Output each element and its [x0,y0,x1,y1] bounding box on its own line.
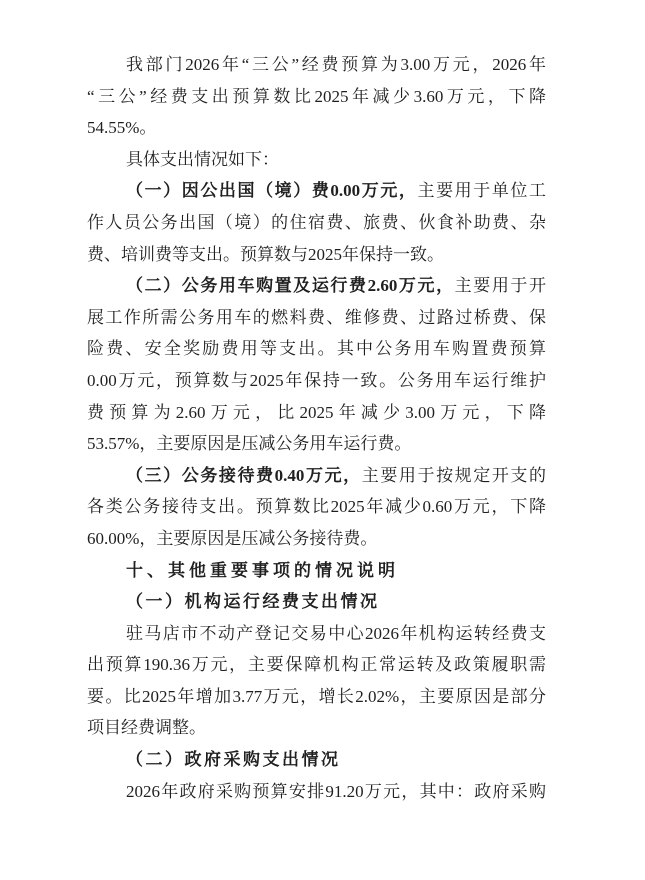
text-line: 作人员公务出国（境）的住宿费、旅费、伙食补助费、杂 [87,207,546,239]
body-text: 主要用于按规定开支的 [362,466,546,485]
text-line: 我部门2026年“三公”经费预算为3.00万元，2026年 [87,49,546,81]
emphasis-lead-text: （一）因公出国（境）费0.00万元， [126,181,418,200]
text-line: 要。比2025年增加3.77万元，增长2.02%，主要原因是部分 [87,681,546,713]
emphasis-lead-text: （三）公务接待费0.40万元， [126,466,362,485]
body-text: 险费、安全奖励费用等支出。其中公务用车购置费预算 [87,339,546,358]
text-line: （三）公务接待费0.40万元，主要用于按规定开支的 [87,460,546,492]
body-text: 53.57%，主要原因是压减公务用车运行费。 [87,434,411,453]
text-line: 60.00%，主要原因是压减公务接待费。 [87,523,546,555]
document-body: 我部门2026年“三公”经费预算为3.00万元，2026年“三公”经费支出预算数… [87,49,546,807]
text-line: 各类公务接待支出。预算数比2025年减少0.60万元，下降 [87,491,546,523]
body-text: 2026年政府采购预算安排91.20万元，其中：政府采购 [126,782,546,801]
body-text: 作人员公务出国（境）的住宿费、旅费、伙食补助费、杂 [87,213,546,232]
body-text: 展工作所需公务用车的燃料费、维修费、过路过桥费、保 [87,308,546,327]
text-line: 具体支出情况如下： [87,144,546,176]
text-line: 费预算为2.60万元，比2025年减少3.00万元，下降 [87,397,546,429]
text-line: 展工作所需公务用车的燃料费、维修费、过路过桥费、保 [87,302,546,334]
text-line: （二）公务用车购置及运行费2.60万元，主要用于开 [87,270,546,302]
body-text: 出预算190.36万元，主要保障机构正常运转及政策履职需 [87,655,546,674]
heading-line: 十、其他重要事项的情况说明 [87,555,546,587]
text-line: 54.55%。 [87,112,546,144]
body-text: 费预算为2.60万元，比2025年减少3.00万元，下降 [87,403,546,422]
body-text: 要。比2025年增加3.77万元，增长2.02%，主要原因是部分 [87,687,546,706]
text-line: （一）因公出国（境）费0.00万元，主要用于单位工 [87,175,546,207]
document-page: 我部门2026年“三公”经费预算为3.00万元，2026年“三公”经费支出预算数… [0,0,645,880]
text-line: 出预算190.36万元，主要保障机构正常运转及政策履职需 [87,649,546,681]
body-text: 主要用于单位工 [418,181,547,200]
heading-line: （二）政府采购支出情况 [87,744,546,776]
text-line: 0.00万元，预算数与2025年保持一致。公务用车运行维护 [87,365,546,397]
body-text: 具体支出情况如下： [126,150,279,169]
body-text: 0.00万元，预算数与2025年保持一致。公务用车运行维护 [87,371,546,390]
body-text: 各类公务接待支出。预算数比2025年减少0.60万元，下降 [87,497,546,516]
body-text: 驻马店市不动产登记交易中心2026年机构运转经费支 [126,624,546,643]
major-heading-text: 十、其他重要事项的情况说明 [126,561,399,580]
body-text: “三公”经费支出预算数比2025年减少3.60万元，下降 [87,87,546,106]
text-line: 险费、安全奖励费用等支出。其中公务用车购置费预算 [87,333,546,365]
body-text: 主要用于开 [455,276,546,295]
text-line: 53.57%，主要原因是压减公务用车运行费。 [87,428,546,460]
text-line: 2026年政府采购预算安排91.20万元，其中：政府采购 [87,776,546,808]
text-line: “三公”经费支出预算数比2025年减少3.60万元，下降 [87,81,546,113]
emphasis-lead-text: （二）公务用车购置及运行费2.60万元， [126,276,455,295]
body-text: 54.55%。 [87,118,156,137]
sub-heading-text: （一）机构运行经费支出情况 [126,592,380,611]
text-line: 项目经费调整。 [87,712,546,744]
body-text: 项目经费调整。 [87,718,206,737]
body-text: 60.00%，主要原因是压减公务接待费。 [87,529,377,548]
heading-line: （一）机构运行经费支出情况 [87,586,546,618]
text-line: 驻马店市不动产登记交易中心2026年机构运转经费支 [87,618,546,650]
sub-heading-text: （二）政府采购支出情况 [126,750,341,769]
body-text: 费、培训费等支出。预算数与2025年保持一致。 [87,245,444,264]
body-text: 我部门2026年“三公”经费预算为3.00万元，2026年 [126,55,546,74]
text-line: 费、培训费等支出。预算数与2025年保持一致。 [87,239,546,271]
